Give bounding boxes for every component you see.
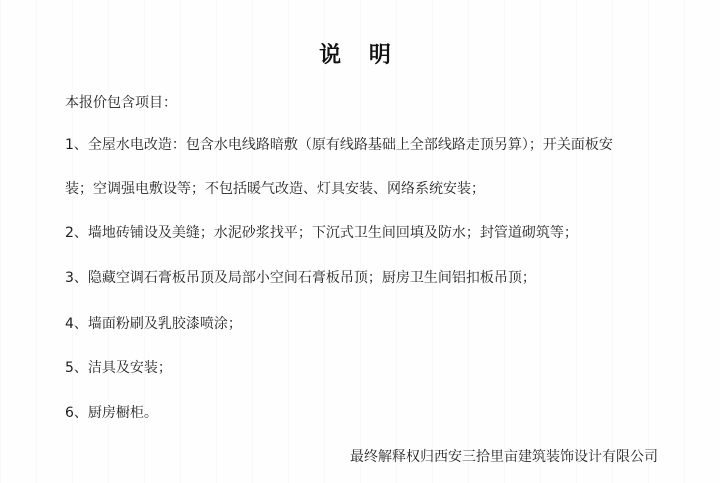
list-item-1-line-2: 装；空调强电敷设等；不包括暖气改造、灯具安装、网络系统安装； xyxy=(65,178,485,198)
intro-text: 本报价包含项目： xyxy=(65,92,177,112)
list-item-5: 5、洁具及安装； xyxy=(65,357,172,377)
list-item-4: 4、墙面粉刷及乳胶漆喷涂； xyxy=(65,313,242,333)
list-item-3: 3、隐藏空调石膏板吊顶及局部小空间石膏板吊顶；厨房卫生间铝扣板吊顶； xyxy=(65,267,536,287)
list-item-1-line-1: 1、全屋水电改造：包含水电线路暗敷（原有线路基础上全部线路走顶另算）；开关面板安 xyxy=(65,134,613,154)
page-title: 说 明 xyxy=(0,38,720,69)
list-item-2: 2、墙地砖铺设及美缝；水泥砂浆找平；下沉式卫生间回填及防水；封管道砌筑等； xyxy=(65,222,578,242)
list-item-6: 6、厨房橱柜。 xyxy=(65,402,158,422)
footer-disclaimer: 最终解释权归西安三拾里亩建筑装饰设计有限公司 xyxy=(350,446,658,466)
document-page: 说 明 本报价包含项目： 1、全屋水电改造：包含水电线路暗敷（原有线路基础上全部… xyxy=(0,0,720,483)
